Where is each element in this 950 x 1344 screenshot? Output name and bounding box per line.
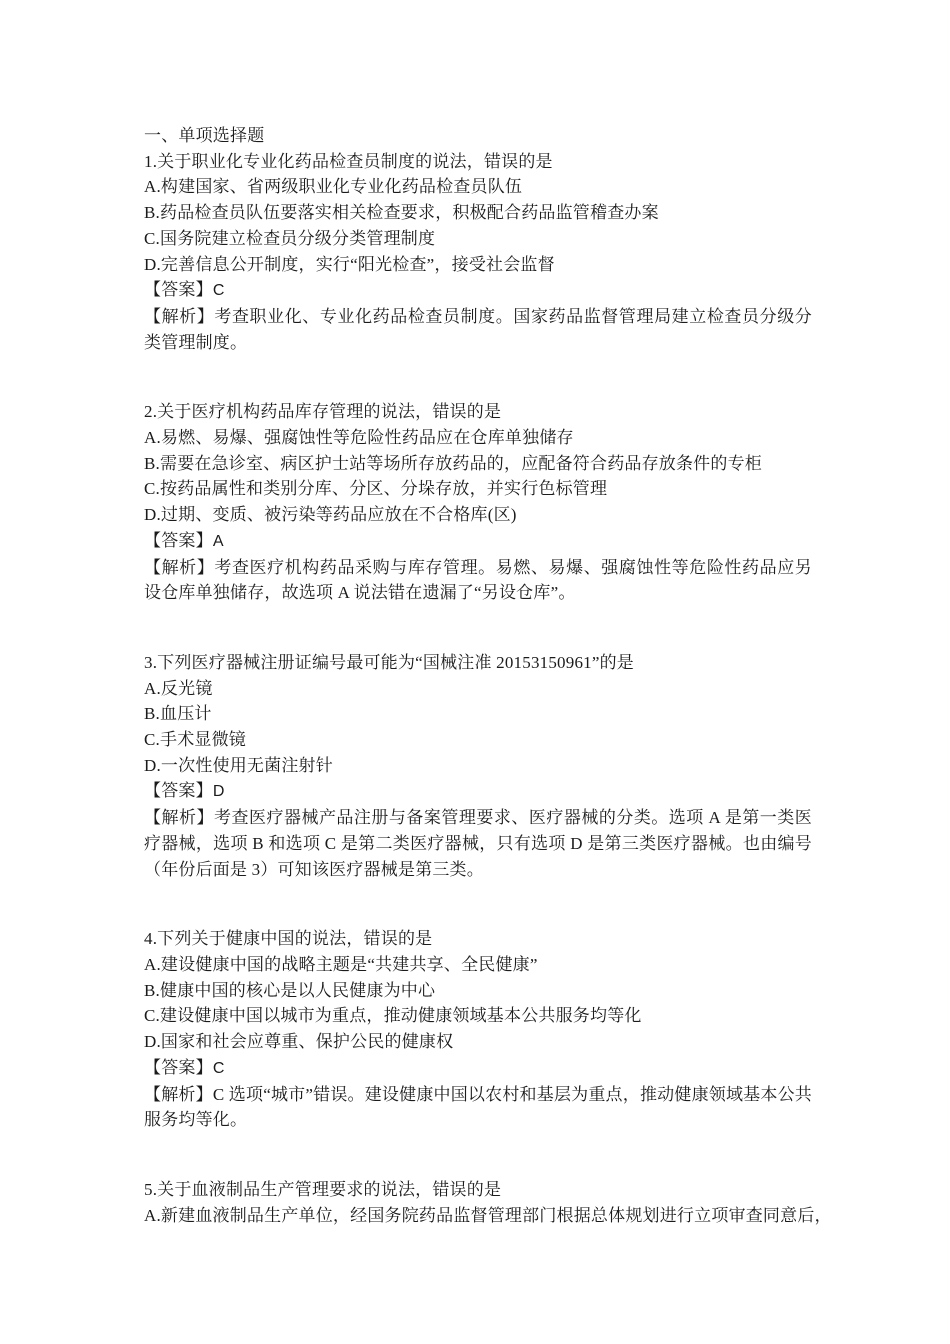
- answer-line: 【答案】C: [144, 1055, 812, 1082]
- question-stem: 4.下列关于健康中国的说法，错误的是: [144, 926, 812, 952]
- option-a: A.反光镜: [144, 676, 812, 702]
- option-b: B.血压计: [144, 701, 812, 727]
- answer-label: 【答案】: [144, 1058, 213, 1077]
- option-a: A.新建血液制品生产单位，经国务院药品监督管理部门根据总体规划进行立项审查同意后…: [144, 1203, 812, 1229]
- option-b: B.药品检查员队伍要落实相关检查要求，积极配合药品监管稽查办案: [144, 200, 812, 226]
- answer-line: 【答案】D: [144, 778, 812, 805]
- analysis-label: 【解析】: [144, 307, 214, 326]
- answer-value: C: [213, 282, 225, 299]
- option-b: B.健康中国的核心是以人民健康为中心: [144, 978, 812, 1004]
- answer-label: 【答案】: [144, 280, 213, 299]
- answer-label: 【答案】: [144, 781, 213, 800]
- analysis-label: 【解析】: [144, 1085, 213, 1104]
- answer-value: A: [213, 533, 224, 550]
- option-c: C.手术显微镜: [144, 727, 812, 753]
- question-1: 1.关于职业化专业化药品检查员制度的说法，错误的是 A.构建国家、省两级职业化专…: [144, 149, 812, 356]
- analysis-text: 考查医疗机构药品采购与库存管理。易燃、易爆、强腐蚀性等危险性药品应另设仓库单独储…: [144, 558, 812, 603]
- option-b: B.需要在急诊室、病区护士站等场所存放药品的，应配备符合药品存放条件的专柜: [144, 451, 812, 477]
- analysis-text: 考查职业化、专业化药品检查员制度。国家药品监督管理局建立检查员分级分类管理制度。: [144, 307, 812, 352]
- option-c: C.国务院建立检查员分级分类管理制度: [144, 226, 812, 252]
- answer-line: 【答案】C: [144, 277, 812, 304]
- question-2: 2.关于医疗机构药品库存管理的说法，错误的是 A.易燃、易爆、强腐蚀性等危险性药…: [144, 399, 812, 606]
- option-d: D.完善信息公开制度，实行“阳光检查”，接受社会监督: [144, 252, 812, 278]
- analysis-line: 【解析】考查医疗机构药品采购与库存管理。易燃、易爆、强腐蚀性等危险性药品应另设仓…: [144, 555, 812, 606]
- option-a: A.易燃、易爆、强腐蚀性等危险性药品应在仓库单独储存: [144, 425, 812, 451]
- answer-value: C: [213, 1060, 225, 1077]
- analysis-label: 【解析】: [144, 808, 214, 827]
- answer-label: 【答案】: [144, 531, 213, 550]
- analysis-line: 【解析】C 选项“城市”错误。建设健康中国以农村和基层为重点，推动健康领域基本公…: [144, 1082, 812, 1133]
- question-stem: 1.关于职业化专业化药品检查员制度的说法，错误的是: [144, 149, 812, 175]
- option-d: D.国家和社会应尊重、保护公民的健康权: [144, 1029, 812, 1055]
- question-5: 5.关于血液制品生产管理要求的说法，错误的是 A.新建血液制品生产单位，经国务院…: [144, 1177, 812, 1228]
- question-stem: 2.关于医疗机构药品库存管理的说法，错误的是: [144, 399, 812, 425]
- analysis-label: 【解析】: [144, 558, 214, 577]
- question-4: 4.下列关于健康中国的说法，错误的是 A.建设健康中国的战略主题是“共建共享、全…: [144, 926, 812, 1133]
- analysis-text: C 选项“城市”错误。建设健康中国以农村和基层为重点，推动健康领域基本公共服务均…: [144, 1085, 812, 1130]
- option-d: D.过期、变质、被污染等药品应放在不合格库(区): [144, 502, 812, 528]
- analysis-text: 考查医疗器械产品注册与备案管理要求、医疗器械的分类。选项 A 是第一类医疗器械，…: [144, 808, 812, 878]
- question-stem: 5.关于血液制品生产管理要求的说法，错误的是: [144, 1177, 812, 1203]
- option-c: C.按药品属性和类别分库、分区、分垛存放，并实行色标管理: [144, 476, 812, 502]
- analysis-line: 【解析】考查职业化、专业化药品检查员制度。国家药品监督管理局建立检查员分级分类管…: [144, 304, 812, 355]
- document-page: 一、单项选择题 1.关于职业化专业化药品检查员制度的说法，错误的是 A.构建国家…: [144, 123, 812, 1228]
- option-a: A.建设健康中国的战略主题是“共建共享、全民健康”: [144, 952, 812, 978]
- answer-line: 【答案】A: [144, 528, 812, 555]
- answer-value: D: [213, 783, 225, 800]
- question-stem: 3.下列医疗器械注册证编号最可能为“国械注准 20153150961”的是: [144, 650, 812, 676]
- analysis-line: 【解析】考查医疗器械产品注册与备案管理要求、医疗器械的分类。选项 A 是第一类医…: [144, 805, 812, 882]
- option-a: A.构建国家、省两级职业化专业化药品检查员队伍: [144, 174, 812, 200]
- section-title: 一、单项选择题: [144, 123, 812, 149]
- question-3: 3.下列医疗器械注册证编号最可能为“国械注准 20153150961”的是 A.…: [144, 650, 812, 882]
- option-c: C.建设健康中国以城市为重点，推动健康领域基本公共服务均等化: [144, 1003, 812, 1029]
- option-d: D.一次性使用无菌注射针: [144, 753, 812, 779]
